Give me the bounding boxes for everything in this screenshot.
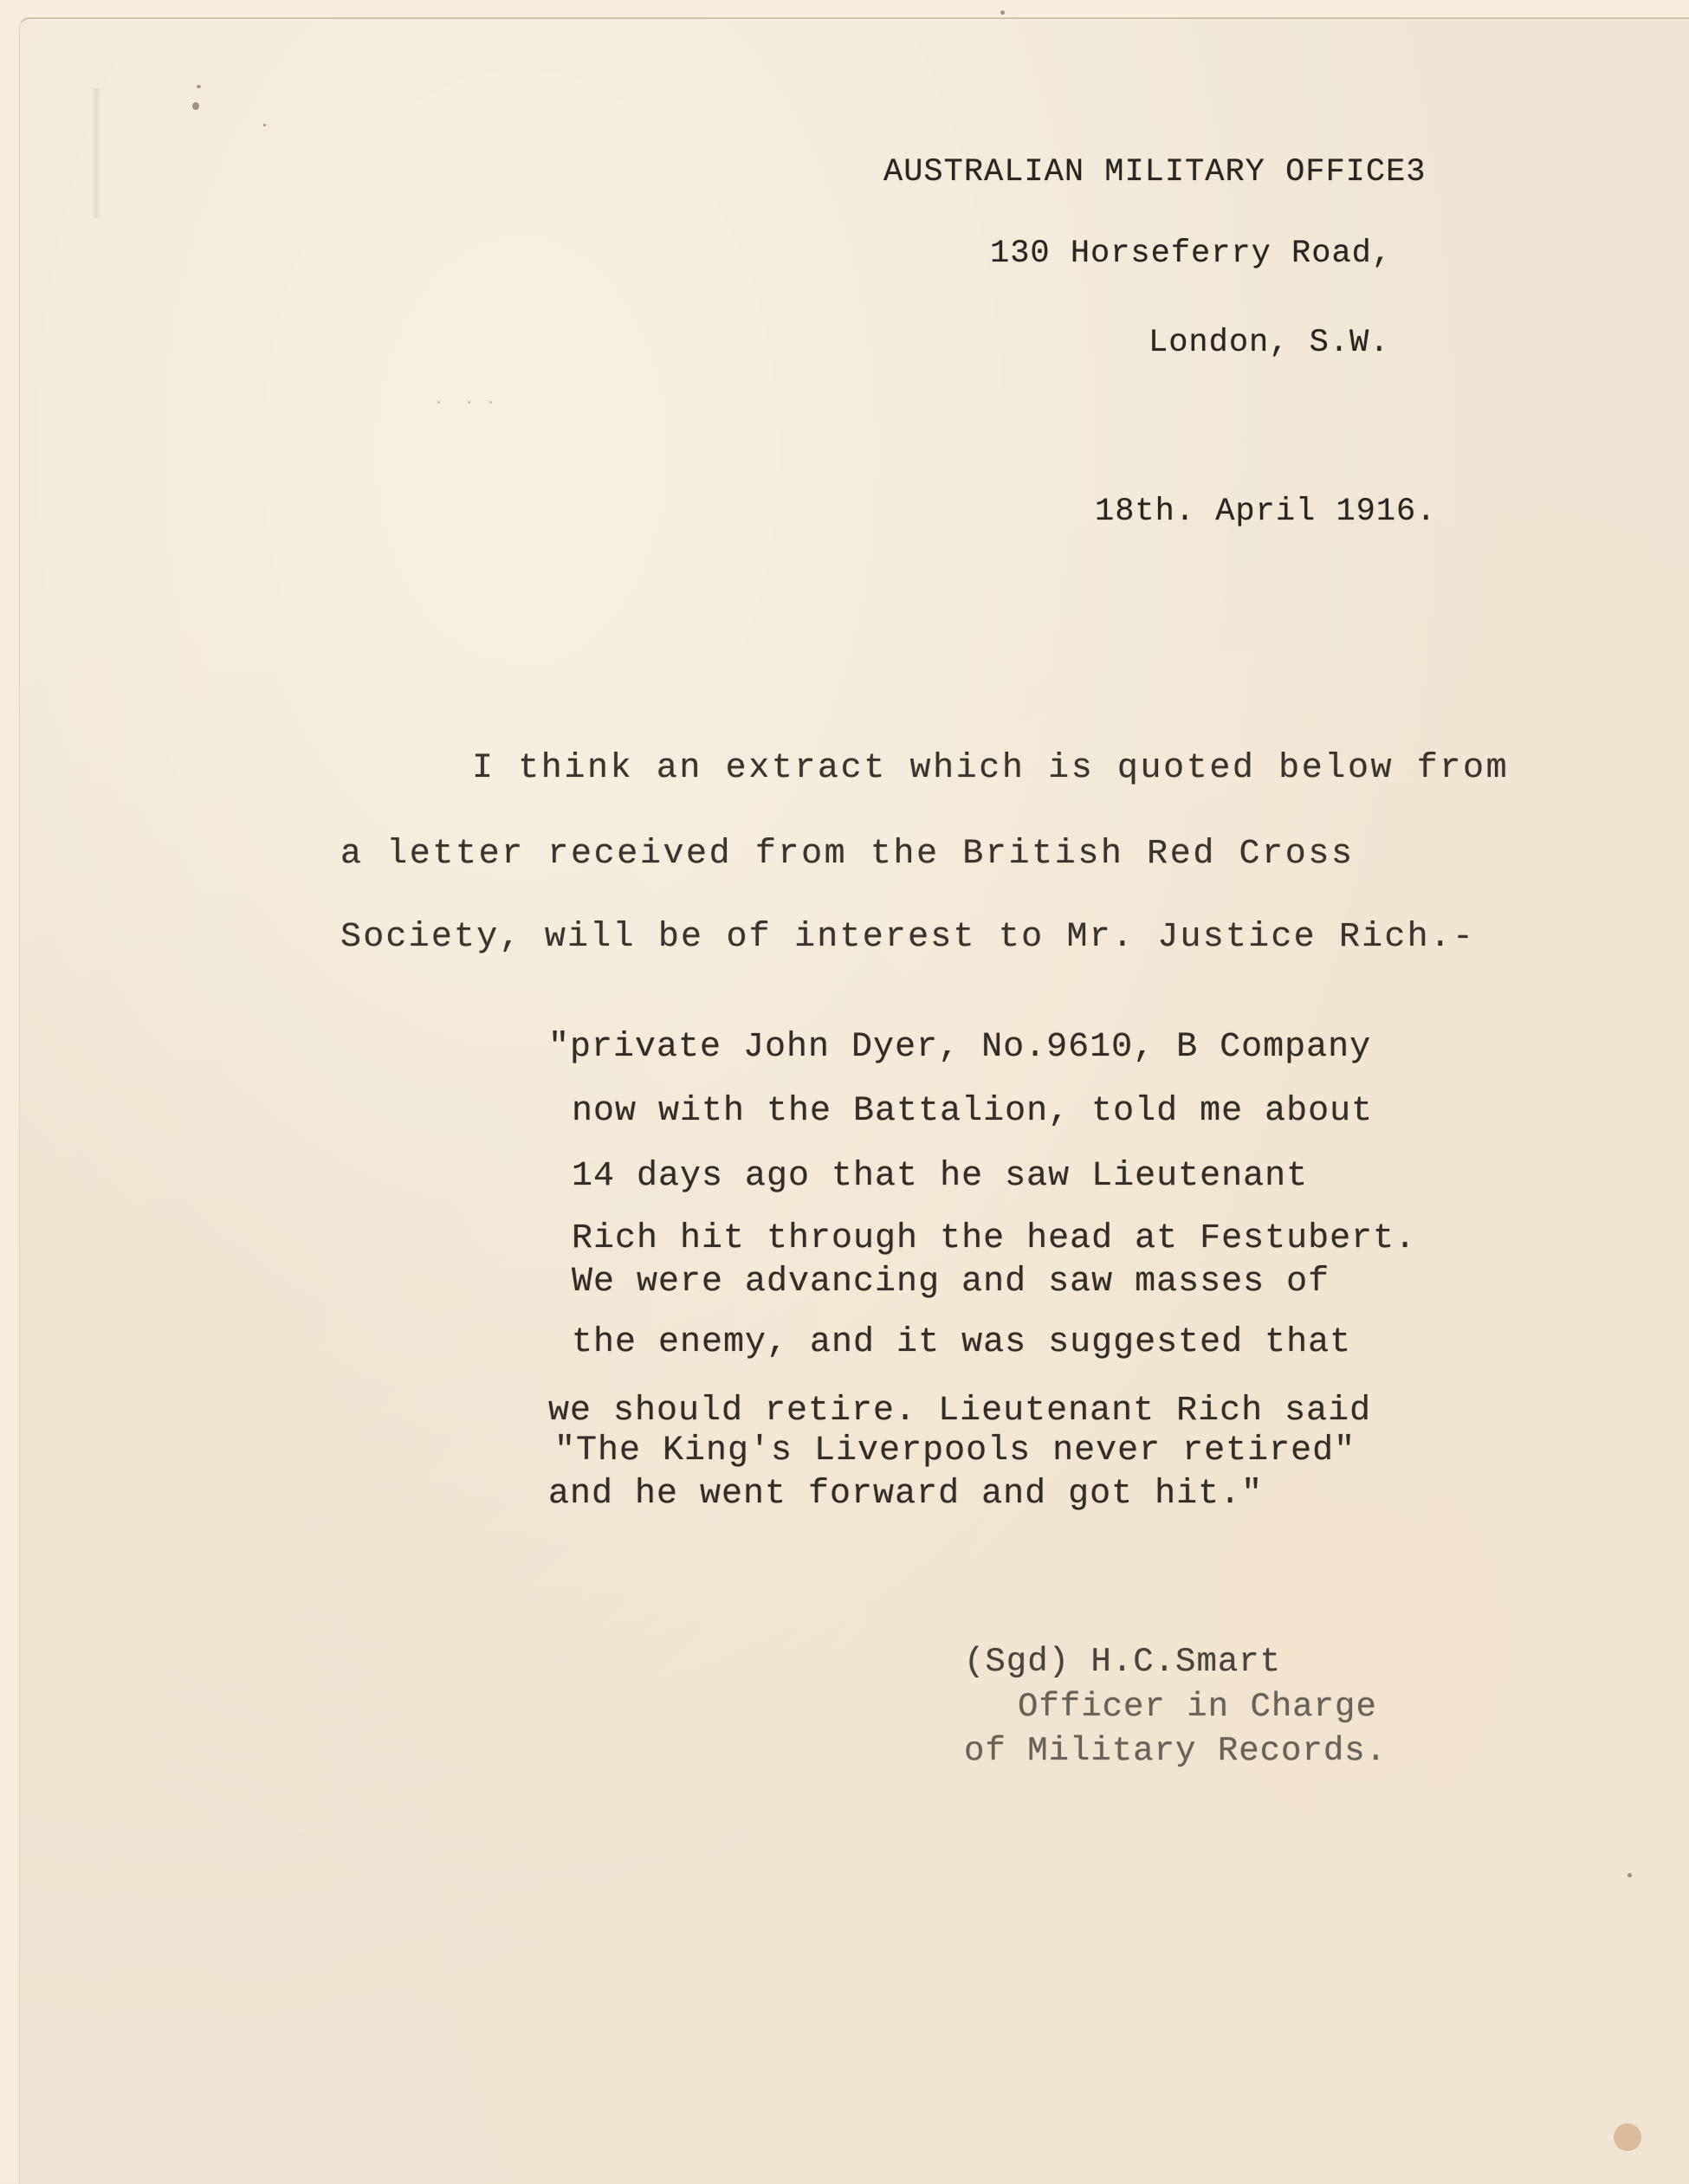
quote-line: We were advancing and saw masses of	[572, 1263, 1330, 1302]
ink-speck	[192, 102, 199, 110]
letter-date: 18th. April 1916.	[1095, 494, 1436, 530]
quote-line: 14 days ago that he saw Lieutenant	[572, 1157, 1308, 1196]
signature-name: (Sgd) H.C.Smart	[964, 1643, 1281, 1681]
quote-line: we should retire. Lieutenant Rich said	[548, 1392, 1371, 1431]
quote-line: Rich hit through the head at Festubert.	[572, 1219, 1416, 1258]
ink-speck	[197, 85, 201, 88]
ink-speck	[468, 401, 470, 404]
ink-speck	[1000, 10, 1005, 15]
quote-line: now with the Battalion, told me about	[572, 1092, 1373, 1131]
body-line: I think an extract which is quoted below…	[472, 749, 1509, 788]
quote-line: the enemy, and it was suggested that	[572, 1323, 1351, 1362]
paper-stain	[1614, 2123, 1641, 2151]
letterhead-street: 130 Horseferry Road,	[990, 236, 1392, 272]
ink-speck	[489, 401, 492, 404]
body-line: a letter received from the British Red C…	[340, 835, 1355, 874]
signature-title-line2: of Military Records.	[964, 1732, 1387, 1770]
body-line: Society, will be of interest to Mr. Just…	[340, 918, 1475, 957]
ink-speck	[263, 124, 266, 126]
fold-mark	[92, 88, 100, 218]
quote-line: and he went forward and got hit."	[548, 1475, 1263, 1514]
signature-title-line1: Officer in Charge	[1018, 1688, 1377, 1726]
quote-line: "The King's Liverpools never retired"	[554, 1431, 1356, 1470]
letterhead-city: London, S.W.	[1149, 325, 1389, 361]
ink-speck	[437, 401, 440, 404]
ink-speck	[1628, 1873, 1632, 1877]
quote-line: "private John Dyer, No.9610, B Company	[548, 1028, 1371, 1067]
letterhead-office: AUSTRALIAN MILITARY OFFICE3	[883, 154, 1427, 191]
